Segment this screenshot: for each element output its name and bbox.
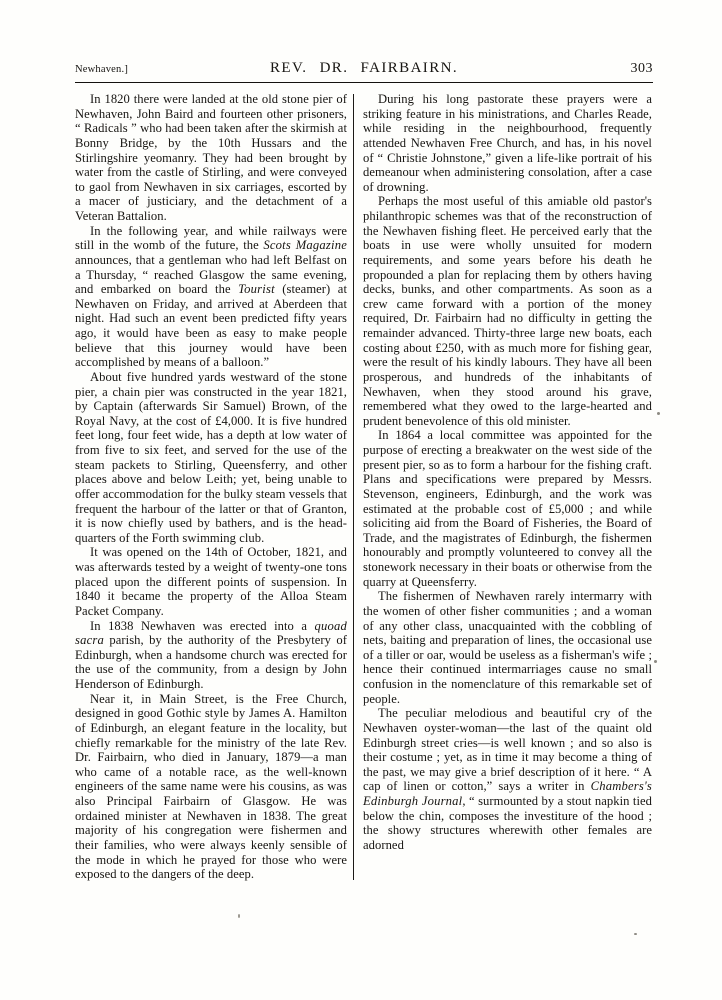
text-columns: In 1820 there were landed at the old sto… xyxy=(75,92,653,882)
paragraph-right-1: During his long pastorate these prayers … xyxy=(363,92,652,194)
paragraph-left-6: Near it, in Main Street, is the Free Chu… xyxy=(75,692,347,882)
scanned-book-page: Newhaven.] REV. DR. FAIRBAIRN. 303 In 18… xyxy=(0,0,722,1000)
page-content: Newhaven.] REV. DR. FAIRBAIRN. 303 In 18… xyxy=(75,60,653,882)
page-number: 303 xyxy=(631,61,654,77)
header-section-label: Newhaven.] xyxy=(75,64,128,75)
paragraph-right-2: Perhaps the most useful of this amiable … xyxy=(363,194,652,428)
header-rule xyxy=(75,82,653,83)
paragraph-left-5: In 1838 Newhaven was erected into a quoa… xyxy=(75,619,347,692)
paragraph-left-1: In 1820 there were landed at the old sto… xyxy=(75,92,347,224)
paragraph-left-3: About five hundred yards westward of the… xyxy=(75,370,347,546)
scan-speck xyxy=(238,914,240,918)
scan-speck xyxy=(657,412,660,415)
scan-speck xyxy=(654,660,657,663)
column-right: During his long pastorate these prayers … xyxy=(363,92,652,882)
paragraph-left-2: In the following year, and while railway… xyxy=(75,224,347,370)
page-title: REV. DR. FAIRBAIRN. xyxy=(270,60,458,77)
scan-speck xyxy=(634,933,637,935)
running-header: Newhaven.] REV. DR. FAIRBAIRN. 303 xyxy=(75,60,653,77)
paragraph-left-4: It was opened on the 14th of October, 18… xyxy=(75,545,347,618)
paragraph-right-4: The fishermen of Newhaven rarely interma… xyxy=(363,589,652,706)
paragraph-right-5: The peculiar melodious and beautiful cry… xyxy=(363,706,652,852)
paragraph-right-3: In 1864 a local committee was appointed … xyxy=(363,428,652,589)
column-divider-rule xyxy=(353,94,354,880)
column-left: In 1820 there were landed at the old sto… xyxy=(75,92,347,882)
